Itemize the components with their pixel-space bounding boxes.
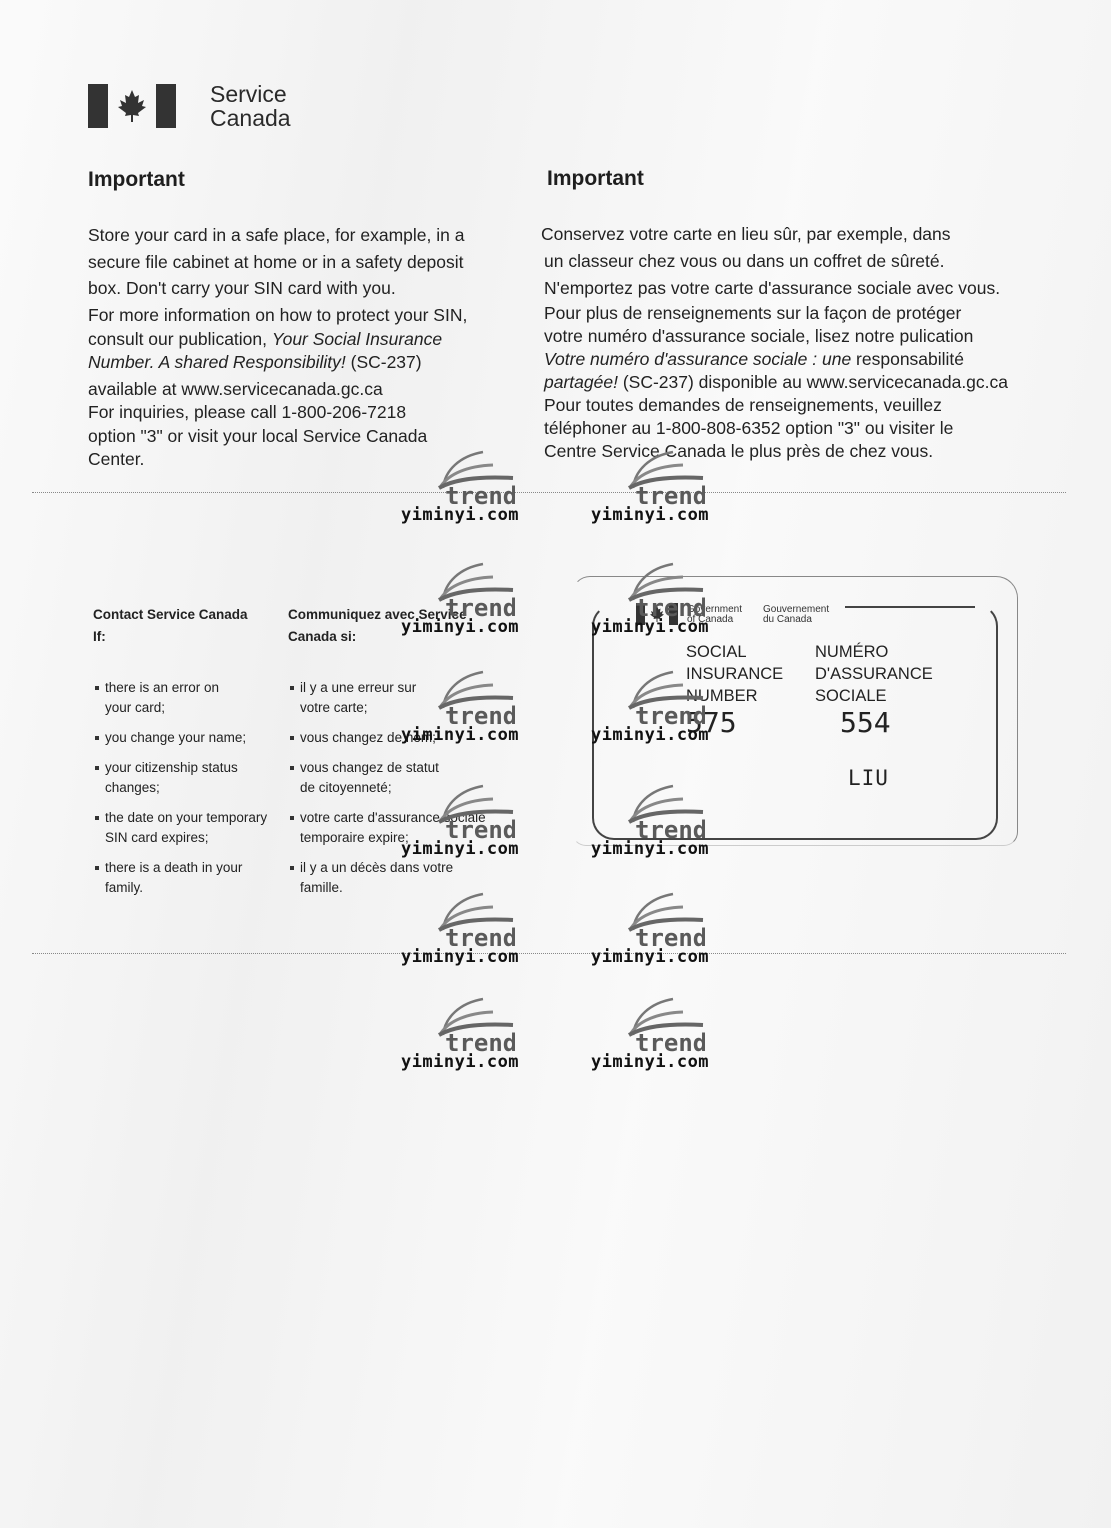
trend-swoosh-logo-icon: trend (595, 890, 705, 948)
watermark: trendyiminyi.com (385, 668, 535, 744)
watermark: trendyiminyi.com (575, 668, 725, 744)
watermark: trendyiminyi.com (575, 995, 725, 1071)
service-canada-wordmark: Service Canada (210, 82, 291, 130)
cardholder-name: LIU (848, 766, 889, 790)
contact-list-item: there is an error onyour card; (93, 678, 267, 718)
trend-swoosh-logo-icon: trend (405, 668, 515, 726)
watermark: trendyiminyi.com (385, 560, 535, 636)
trend-swoosh-logo-icon: trend (595, 448, 705, 506)
svg-text:trend: trend (635, 482, 705, 506)
contact-en-section: Contact Service Canada If: there is an e… (93, 604, 267, 908)
contact-list-item: there is a death in yourfamily. (93, 858, 267, 898)
contact-list-item: you change your name; (93, 728, 267, 748)
svg-text:trend: trend (445, 594, 515, 618)
watermark: trendyiminyi.com (575, 782, 725, 858)
svg-text:trend: trend (445, 816, 515, 840)
watermark: trendyiminyi.com (385, 890, 535, 966)
trend-swoosh-logo-icon: trend (595, 560, 705, 618)
svg-text:trend: trend (635, 1029, 705, 1053)
fold-line (32, 492, 1066, 493)
contact-list-item: your citizenship statuschanges; (93, 758, 267, 798)
trend-swoosh-logo-icon: trend (405, 995, 515, 1053)
svg-text:trend: trend (635, 594, 705, 618)
svg-text:trend: trend (445, 924, 515, 948)
watermark: trendyiminyi.com (575, 448, 725, 524)
french-publication-text: Pour plus de renseignements sur la façon… (544, 302, 1008, 463)
contact-fr-section: Communiquez avec Service Canada si: il y… (288, 604, 486, 908)
trend-swoosh-logo-icon: trend (405, 890, 515, 948)
english-safety-text: Store your card in a safe place, for exa… (88, 222, 464, 302)
svg-text:trend: trend (445, 702, 515, 726)
english-publication-text: For more information on how to protect y… (88, 304, 467, 472)
english-heading: Important (88, 168, 185, 192)
trend-swoosh-logo-icon: trend (405, 560, 515, 618)
trend-swoosh-logo-icon: trend (405, 448, 515, 506)
svg-text:trend: trend (445, 1029, 515, 1053)
contact-en-list: there is an error onyour card;you change… (93, 678, 267, 898)
trend-swoosh-logo-icon: trend (595, 668, 705, 726)
watermark: trendyiminyi.com (575, 890, 725, 966)
contact-list-item: the date on your temporarySIN card expir… (93, 808, 267, 848)
watermark: trendyiminyi.com (575, 560, 725, 636)
svg-text:trend: trend (445, 482, 515, 506)
card-label-fr: NUMÉROD'ASSURANCESOCIALE (815, 641, 933, 707)
svg-text:trend: trend (635, 702, 705, 726)
french-heading: Important (547, 167, 644, 191)
trend-swoosh-logo-icon: trend (405, 782, 515, 840)
trend-swoosh-logo-icon: trend (595, 782, 705, 840)
french-safety-text: Conservez votre carte en lieu sûr, par e… (541, 221, 1000, 302)
svg-text:trend: trend (635, 816, 705, 840)
card-gov-fr: Gouvernementdu Canada (763, 605, 829, 625)
sin-number-part3: 554 (840, 706, 891, 739)
trend-swoosh-logo-icon: trend (595, 995, 705, 1053)
watermark: trendyiminyi.com (385, 448, 535, 524)
watermark: trendyiminyi.com (385, 782, 535, 858)
fold-line (32, 953, 1066, 954)
canada-flag-icon (88, 84, 176, 128)
sin-card-border-top (845, 606, 975, 608)
watermark: trendyiminyi.com (385, 995, 535, 1071)
svg-text:trend: trend (635, 924, 705, 948)
